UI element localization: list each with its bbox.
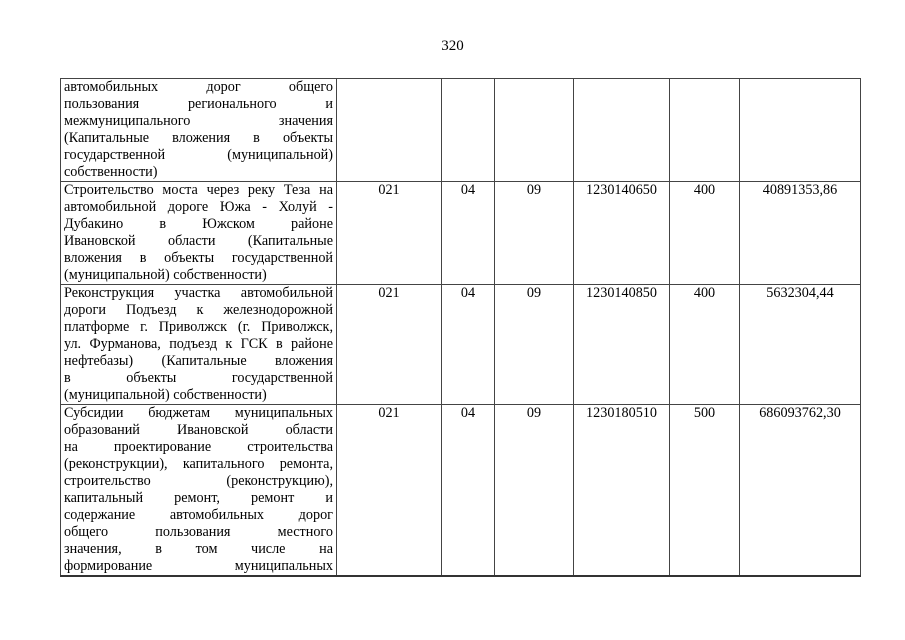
table-row: автомобильных дорог общегопользования ре…: [61, 79, 861, 182]
description-line: в объекты государственной: [64, 370, 333, 387]
section-cell: 04: [442, 285, 495, 405]
expense-type-cell: 400: [670, 285, 740, 405]
subsection-cell: 09: [495, 182, 574, 285]
description-cell: Строительство моста через реку Теза наав…: [61, 182, 337, 285]
description-line: капитальный ремонт, ремонт и: [64, 490, 333, 507]
amount-cell: 686093762,30: [740, 405, 861, 577]
description-line: значения, в том числе на: [64, 541, 333, 558]
description-line: собственности): [64, 164, 333, 181]
expense-type-cell: 500: [670, 405, 740, 577]
subsection-cell: [495, 79, 574, 182]
description-line: Реконструкция участка автомобильной: [64, 285, 333, 302]
description-line: содержание автомобильных дорог: [64, 507, 333, 524]
description-line: на проектирование строительства: [64, 439, 333, 456]
description-line: (Капитальные вложения в объекты: [64, 130, 333, 147]
ministry-code-cell: 021: [337, 405, 442, 577]
subsection-cell: 09: [495, 405, 574, 577]
description-line: Дубакино в Южском районе: [64, 216, 333, 233]
description-line: Ивановской области (Капитальные: [64, 233, 333, 250]
description-line: (муниципальной) собственности): [64, 387, 333, 404]
description-line: ул. Фурманова, подъезд к ГСК в районе: [64, 336, 333, 353]
target-item-cell: 1230180510: [574, 405, 670, 577]
description-line: нефтебазы) (Капитальные вложения: [64, 353, 333, 370]
description-cell: Реконструкция участка автомобильнойдорог…: [61, 285, 337, 405]
expense-type-cell: 400: [670, 182, 740, 285]
amount-cell: 40891353,86: [740, 182, 861, 285]
description-line: платформе г. Приволжск (г. Приволжск,: [64, 319, 333, 336]
description-cell: автомобильных дорог общегопользования ре…: [61, 79, 337, 182]
table-row: Реконструкция участка автомобильнойдорог…: [61, 285, 861, 405]
subsection-cell: 09: [495, 285, 574, 405]
description-line: общего пользования местного: [64, 524, 333, 541]
description-line: пользования регионального и: [64, 96, 333, 113]
description-line: автомобильной дороге Южа - Холуй -: [64, 199, 333, 216]
description-line: формирование муниципальных: [64, 558, 333, 575]
description-line: (реконструкции), капитального ремонта,: [64, 456, 333, 473]
section-cell: 04: [442, 182, 495, 285]
description-cell: Субсидии бюджетам муниципальныхобразован…: [61, 405, 337, 577]
budget-table: автомобильных дорог общегопользования ре…: [60, 78, 861, 577]
description-line: государственной (муниципальной): [64, 147, 333, 164]
ministry-code-cell: [337, 79, 442, 182]
amount-cell: 5632304,44: [740, 285, 861, 405]
description-line: межмуниципального значения: [64, 113, 333, 130]
target-item-cell: 1230140650: [574, 182, 670, 285]
target-item-cell: 1230140850: [574, 285, 670, 405]
description-line: автомобильных дорог общего: [64, 79, 333, 96]
description-line: вложения в объекты государственной: [64, 250, 333, 267]
description-line: строительство (реконструкцию),: [64, 473, 333, 490]
description-line: Субсидии бюджетам муниципальных: [64, 405, 333, 422]
description-line: образований Ивановской области: [64, 422, 333, 439]
ministry-code-cell: 021: [337, 182, 442, 285]
expense-type-cell: [670, 79, 740, 182]
table-row: Субсидии бюджетам муниципальныхобразован…: [61, 405, 861, 577]
target-item-cell: [574, 79, 670, 182]
description-line: Строительство моста через реку Теза на: [64, 182, 333, 199]
ministry-code-cell: 021: [337, 285, 442, 405]
amount-cell: [740, 79, 861, 182]
section-cell: [442, 79, 495, 182]
description-line: (муниципальной) собственности): [64, 267, 333, 284]
table-row: Строительство моста через реку Теза наав…: [61, 182, 861, 285]
page-number: 320: [0, 38, 905, 55]
description-line: дороги Подъезд к железнодорожной: [64, 302, 333, 319]
section-cell: 04: [442, 405, 495, 577]
